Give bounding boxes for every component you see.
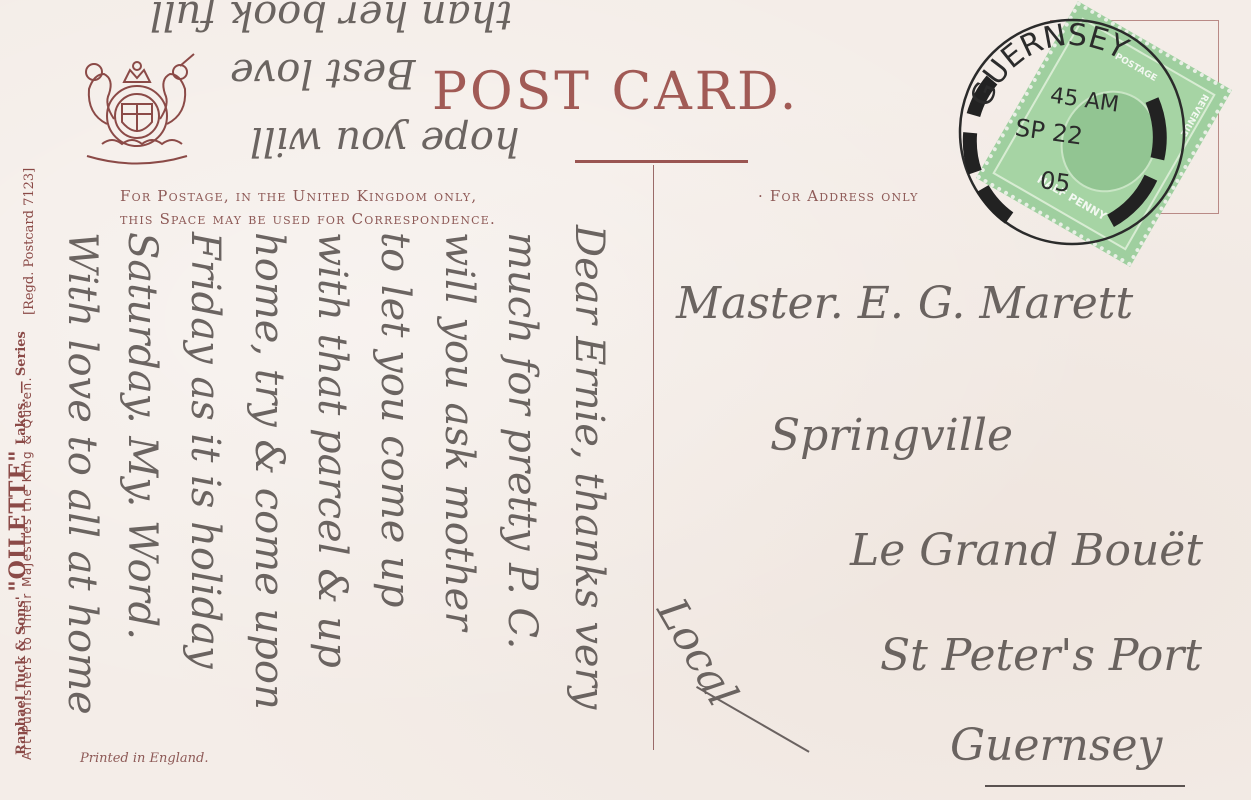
upside-down-message-line: hope you will [250,118,520,164]
message-line: will you ask mother [436,232,482,630]
address-caption: · For Address only [758,187,919,205]
address-line-island: Guernsey [950,720,1162,771]
postmark-year: 05 [1038,166,1072,198]
upside-down-message-line: than her book full [150,0,512,38]
title-underline [575,160,748,163]
message-line: Dear Ernie, thanks very [566,225,612,709]
message-line: With love to all at home [59,232,105,715]
message-line: Saturday. My. Word. [119,232,165,640]
address-underline [985,785,1185,787]
local-delivery-note: Local [648,590,748,714]
upside-down-message-line: Best love [230,50,416,96]
printed-in-note: Printed in England. [80,751,208,766]
message-line: Friday as it is holiday [182,232,228,669]
local-underline [696,686,810,753]
royal-warrant-line: Art Publishers to Their Majesties the Ki… [20,376,34,760]
correspondence-caption-line1: For Postage, in the United Kingdom only, [120,187,477,205]
address-line-locality: Le Grand Bouët [850,525,1203,576]
message-line: with that parcel & up [309,232,355,668]
address-line-recipient: Master. E. G. Marett [676,278,1133,329]
registration-number: [Regd. Postcard 7123] [22,168,37,315]
message-line: much for pretty P. C. [499,232,545,649]
correspondence-caption-line2: this Space may be used for Correspondenc… [120,210,496,228]
postcard-back: POST CARD. For Postage, in the United Ki… [0,0,1251,800]
center-divider-line [653,165,654,750]
address-line-house: Springville [770,410,1013,461]
post-card-title: POST CARD. [432,62,799,122]
message-line: home, try & come upon [246,232,292,710]
message-line: to let you come up [372,232,418,607]
address-line-town: St Peter's Port [880,630,1202,681]
royal-coat-of-arms-icon [62,44,212,176]
